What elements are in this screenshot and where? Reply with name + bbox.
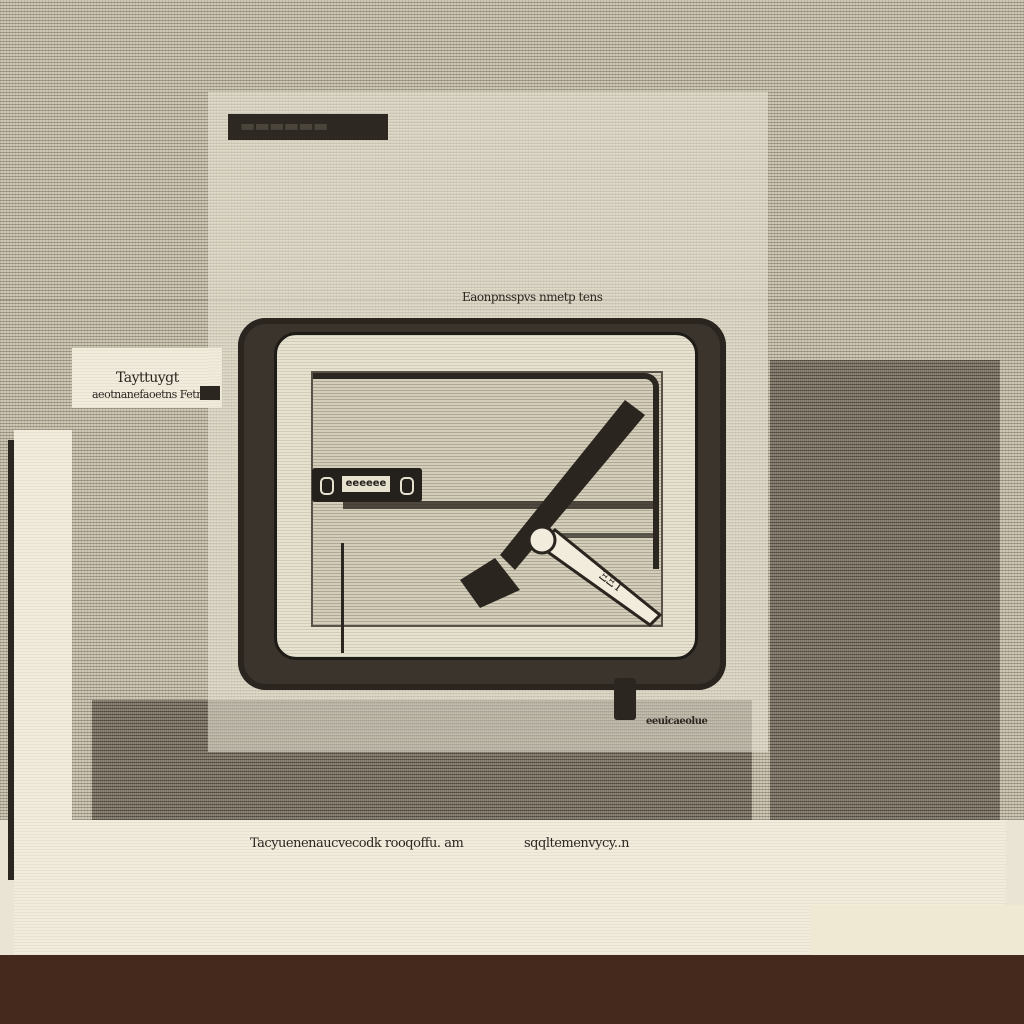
lock-icon-right xyxy=(400,477,414,495)
side-article-line-2: aeotnanefaoetns Fetn xyxy=(92,388,203,401)
screen-vertical-rule xyxy=(341,543,344,653)
wrench-icon xyxy=(529,527,660,625)
left-edge-rule xyxy=(8,440,14,880)
bottom-caption-right: sqqltemenvycy..n xyxy=(524,836,629,851)
screen-badge: eeeeee xyxy=(312,468,422,502)
hammer-wrench-illustration xyxy=(420,380,680,640)
lock-icon-left xyxy=(320,477,334,495)
caption-above-monitor: Eaonpnsspvs nmetp tens xyxy=(462,290,602,304)
footer-band xyxy=(0,955,1024,1024)
monitor-stand xyxy=(614,678,636,720)
paper-sheet-bottom-right xyxy=(810,905,1024,955)
paper-sheet-left xyxy=(14,430,72,955)
side-article-line-1: Tayttuygt xyxy=(116,370,179,386)
side-article-marker xyxy=(200,386,220,400)
stand-caption: eeuicaeolue xyxy=(646,716,707,727)
bottom-caption-left: Tacyuenenaucvecodk rooqoffu. am xyxy=(250,836,463,851)
screen-badge-label: eeeeee xyxy=(342,476,390,492)
headline: ▬▬▬▬▬▬ xyxy=(240,116,328,135)
dark-photo-right xyxy=(770,360,1000,820)
